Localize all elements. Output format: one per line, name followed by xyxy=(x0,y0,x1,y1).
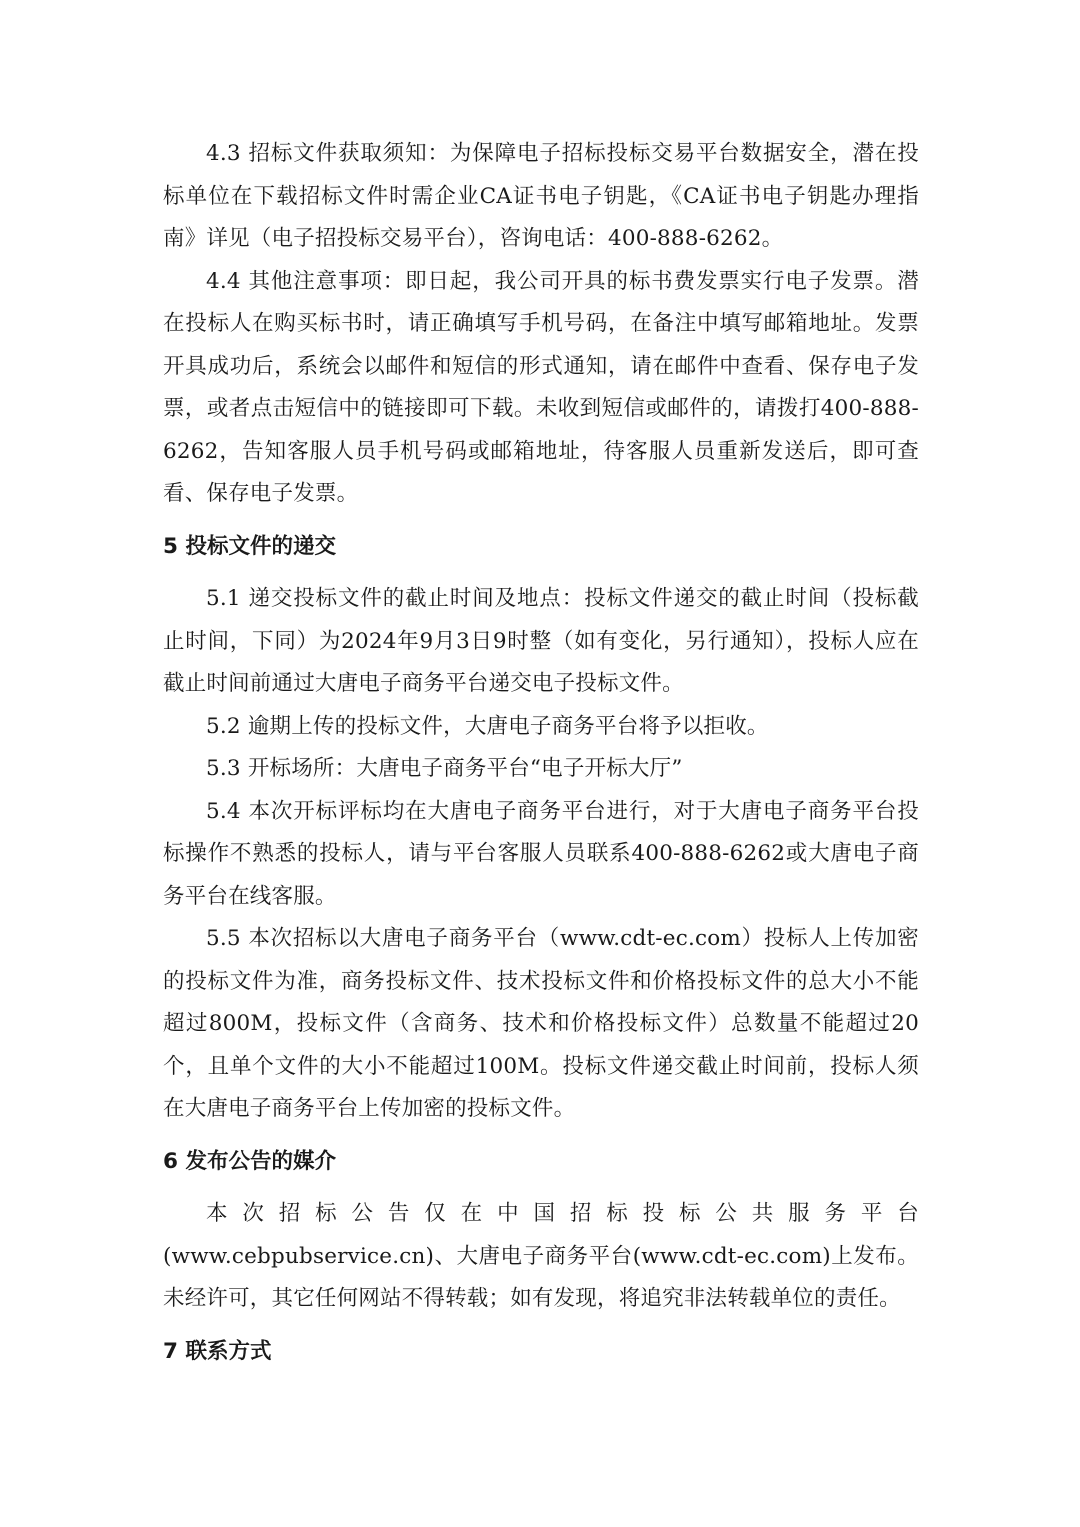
paragraph-5-2: 5.2 逾期上传的投标文件，大唐电子商务平台将予以拒收。 xyxy=(163,706,919,749)
paragraph-5-3: 5.3 开标场所：大唐电子商务平台“电子开标大厅” xyxy=(163,748,919,791)
section-heading-5: 5 投标文件的递交 xyxy=(163,526,919,569)
section-heading-6: 6 发布公告的媒介 xyxy=(163,1141,919,1184)
document-page: 4.3 招标文件获取须知：为保障电子招标投标交易平台数据安全，潜在投标单位在下载… xyxy=(163,133,919,1373)
paragraph-6-body: 本次招标公告仅在中国招标投标公共服务平台(www.cebpubservice.c… xyxy=(163,1193,919,1321)
section-heading-7: 7 联系方式 xyxy=(163,1331,919,1374)
paragraph-5-5: 5.5 本次招标以大唐电子商务平台（www.cdt-ec.com）投标人上传加密… xyxy=(163,918,919,1131)
paragraph-4-4: 4.4 其他注意事项：即日起，我公司开具的标书费发票实行电子发票。潜在投标人在购… xyxy=(163,261,919,516)
paragraph-4-3: 4.3 招标文件获取须知：为保障电子招标投标交易平台数据安全，潜在投标单位在下载… xyxy=(163,133,919,261)
paragraph-5-4: 5.4 本次开标评标均在大唐电子商务平台进行，对于大唐电子商务平台投标操作不熟悉… xyxy=(163,791,919,919)
paragraph-5-1: 5.1 递交投标文件的截止时间及地点：投标文件递交的截止时间（投标截止时间，下同… xyxy=(163,578,919,706)
